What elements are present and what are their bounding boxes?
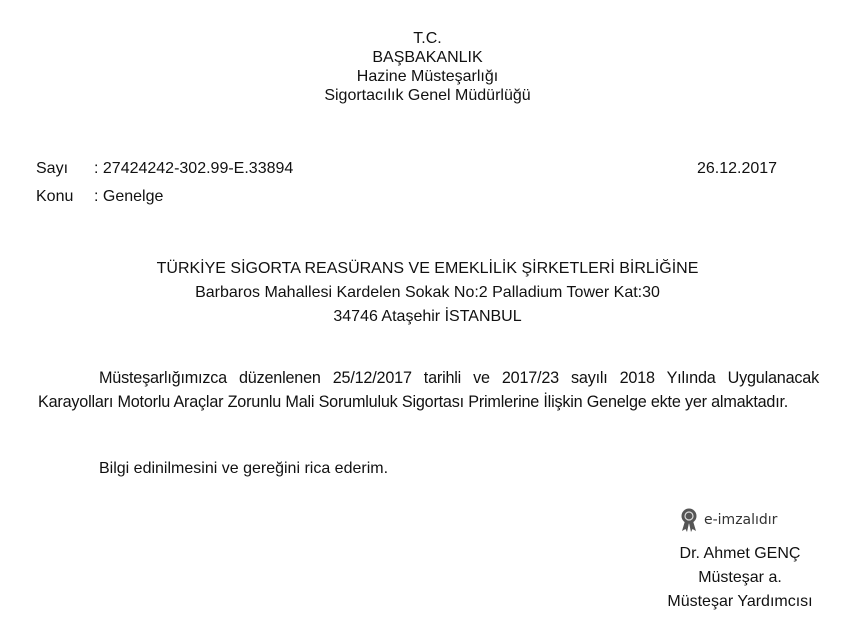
signatory-title-2: Müsteşar Yardımcısı (640, 590, 840, 614)
letterhead: T.C. BAŞBAKANLIK Hazine Müsteşarlığı Sig… (0, 29, 855, 105)
e-signature-label: e-imzalıdır (704, 512, 777, 528)
addressee-block: TÜRKİYE SİGORTA REASÜRANS VE EMEKLİLİK Ş… (0, 257, 855, 329)
e-signature-badge: e-imzalıdır (680, 508, 777, 532)
addressee-street: Barbaros Mahallesi Kardelen Sokak No:2 P… (0, 281, 855, 305)
letterhead-line-ministry: BAŞBAKANLIK (0, 48, 855, 67)
signatory-name: Dr. Ahmet GENÇ (640, 542, 840, 566)
reference-number-value: : 27424242-302.99-E.33894 (94, 160, 293, 177)
letterhead-line-directorate: Sigortacılık Genel Müdürlüğü (0, 86, 855, 105)
body-paragraph: Müsteşarlığımızca düzenlenen 25/12/2017 … (38, 366, 819, 414)
reference-number-label: Sayı (36, 160, 94, 178)
addressee-name: TÜRKİYE SİGORTA REASÜRANS VE EMEKLİLİK Ş… (0, 257, 855, 281)
signatory-block: Dr. Ahmet GENÇ Müsteşar a. Müsteşar Yard… (640, 542, 840, 614)
closing-line: Bilgi edinilmesini ve gereğini rica eder… (99, 460, 388, 478)
subject-row: Konu: Genelge (36, 188, 163, 206)
signatory-title-1: Müsteşar a. (640, 566, 840, 590)
addressee-city: 34746 Ataşehir İSTANBUL (0, 305, 855, 329)
award-ribbon-icon (680, 508, 698, 532)
letterhead-line-tc: T.C. (0, 29, 855, 48)
letterhead-line-undersecretariat: Hazine Müsteşarlığı (0, 67, 855, 86)
body-paragraph-text: Müsteşarlığımızca düzenlenen 25/12/2017 … (38, 369, 819, 411)
reference-number-row: Sayı: 27424242-302.99-E.33894 (36, 160, 293, 178)
subject-label: Konu (36, 188, 94, 206)
subject-value: : Genelge (94, 188, 163, 205)
document-date: 26.12.2017 (697, 160, 777, 178)
